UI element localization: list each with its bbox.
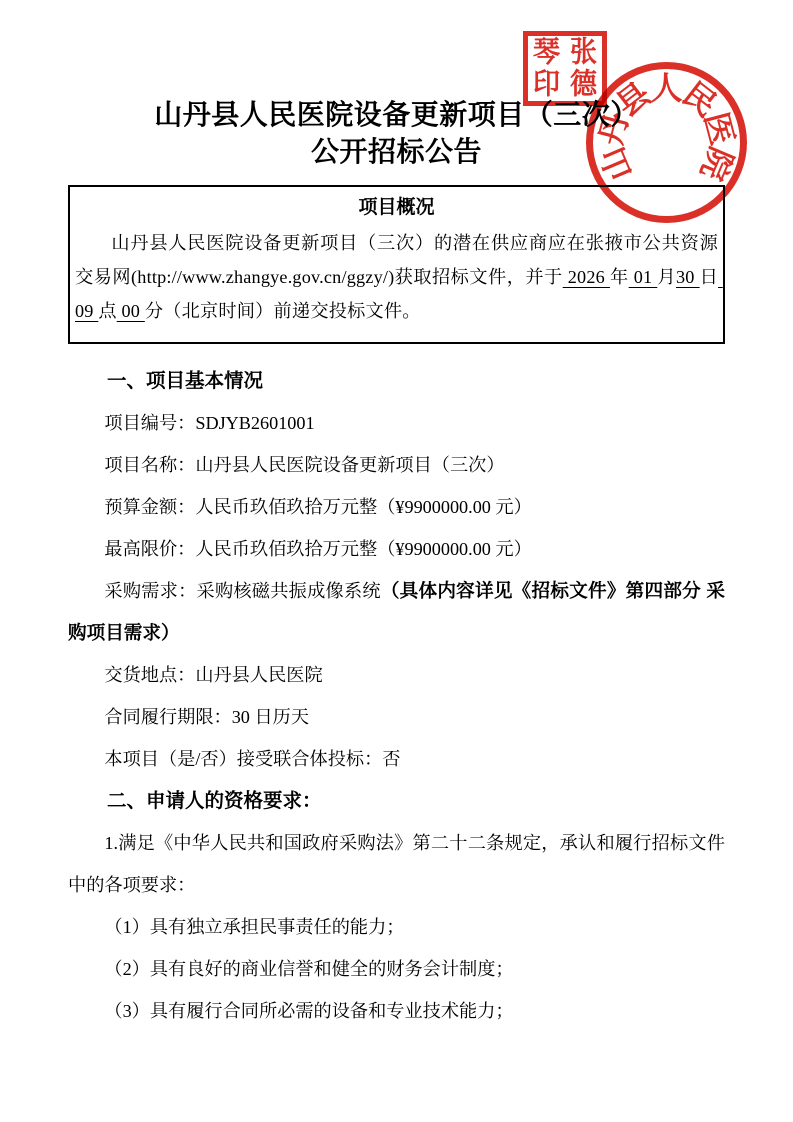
overview-text-segment: 日 [700,267,718,287]
section1-items: 项目编号：SDJYB2601001项目名称：山丹县人民医院设备更新项目（三次）预… [68,402,725,780]
overview-text-segment: 月 [657,267,676,287]
body-paragraph: 采购需求：采购核磁共振成像系统（具体内容详见《招标文件》第四部分 采购项目需求） [68,570,725,654]
section2-heading: 二、申请人的资格要求： [68,780,725,822]
paragraph-text: 最高限价：人民币玖佰玖拾万元整（¥9900000.00 元） [104,539,531,559]
paragraph-text: 交货地点：山丹县人民医院 [104,665,322,685]
announcement-page: 琴张印德 山丹县人民医院 山丹县人民医院设备更新项目（三次） 公开招标公告 项目… [0,0,793,1122]
body-paragraph: （3）具有履行合同所必需的设备和专业技术能力； [68,990,725,1032]
body-paragraph: 最高限价：人民币玖佰玖拾万元整（¥9900000.00 元） [68,528,725,570]
underlined-blank-value: 00 [117,301,145,321]
document-content: 山丹县人民医院设备更新项目（三次） 公开招标公告 项目概况 山丹县人民医院设备更… [68,0,725,1032]
body-paragraph: 1.满足《中华人民共和国政府采购法》第二十二条规定，承认和履行招标文件中的各项要… [68,822,725,906]
body-paragraph: 预算金额：人民币玖佰玖拾万元整（¥9900000.00 元） [68,486,725,528]
overview-text-segment: 年 [610,267,629,287]
paragraph-text: 采购需求：采购核磁共振成像系统 [104,581,380,601]
body-paragraph: 合同履行期限：30 日历天 [68,696,725,738]
underlined-blank-value: 2026 [563,267,610,287]
paragraph-text: 项目名称：山丹县人民医院设备更新项目（三次） [104,455,504,475]
page-title-line2: 公开招标公告 [68,133,725,170]
paragraph-text: 合同履行期限：30 日历天 [104,707,309,727]
overview-text-segment: 点 [98,301,116,321]
page-title-line1: 山丹县人民医院设备更新项目（三次） [68,96,725,133]
body-paragraph: 项目名称：山丹县人民医院设备更新项目（三次） [68,444,725,486]
section2-items: 1.满足《中华人民共和国政府采购法》第二十二条规定，承认和履行招标文件中的各项要… [68,822,725,1032]
paragraph-text: （1）具有独立承担民事责任的能力； [104,917,404,937]
document-body: 一、项目基本情况 项目编号：SDJYB2601001项目名称：山丹县人民医院设备… [68,360,725,1032]
body-paragraph: 项目编号：SDJYB2601001 [68,402,725,444]
paragraph-text: 项目编号：SDJYB2601001 [104,413,314,433]
page-title: 山丹县人民医院设备更新项目（三次） 公开招标公告 [68,96,725,170]
underlined-blank-value: 30 [676,267,700,287]
overview-paragraph: 山丹县人民医院设备更新项目（三次）的潜在供应商应在张掖市公共资源交易网(http… [75,226,718,328]
section1-heading: 一、项目基本情况 [68,360,725,402]
paragraph-text: 预算金额：人民币玖佰玖拾万元整（¥9900000.00 元） [104,497,531,517]
body-paragraph: 交货地点：山丹县人民医院 [68,654,725,696]
overview-heading: 项目概况 [75,193,718,223]
underlined-blank-value: 01 [629,267,658,287]
overview-box: 项目概况 山丹县人民医院设备更新项目（三次）的潜在供应商应在张掖市公共资源交易网… [68,185,725,344]
body-paragraph: （2）具有良好的商业信誉和健全的财务会计制度； [68,948,725,990]
paragraph-text: （3）具有履行合同所必需的设备和专业技术能力； [104,1001,513,1021]
paragraph-text: （2）具有良好的商业信誉和健全的财务会计制度； [104,959,513,979]
paragraph-text: 1.满足《中华人民共和国政府采购法》第二十二条规定，承认和履行招标文件中的各项要… [68,833,725,895]
overview-text-segment: 分（北京时间）前递交投标文件。 [145,301,421,321]
paragraph-text: 本项目（是/否）接受联合体投标：否 [104,749,400,769]
body-paragraph: 本项目（是/否）接受联合体投标：否 [68,738,725,780]
body-paragraph: （1）具有独立承担民事责任的能力； [68,906,725,948]
